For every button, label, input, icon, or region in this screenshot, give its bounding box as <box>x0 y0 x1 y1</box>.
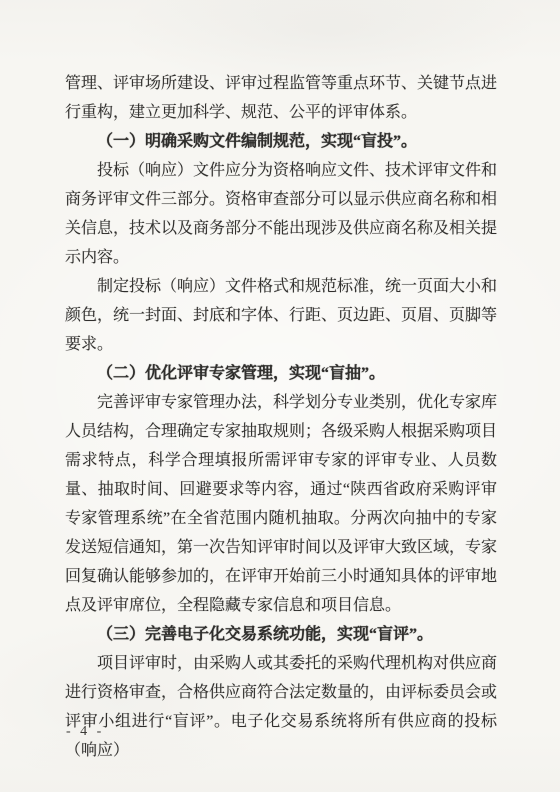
section-heading-1: （一）明确采购文件编制规范，实现“盲投”。 <box>65 127 497 156</box>
body-paragraph-2: 制定投标（响应）文件格式和规范标准，统一页面大小和颜色，统一封面、封底和字体、行… <box>65 272 497 359</box>
document-text-block: 管理、评审场所建设、评审过程监管等重点环节、关键节点进行重构，建立更加科学、规范… <box>65 69 497 765</box>
page-number: - 4 - <box>66 724 104 740</box>
paragraph-continuation: 管理、评审场所建设、评审过程监管等重点环节、关键节点进行重构，建立更加科学、规范… <box>65 69 497 127</box>
body-paragraph-4: 项目评审时，由采购人或其委托的采购代理机构对供应商进行资格审查，合格供应商符合法… <box>65 649 497 765</box>
section-heading-3: （三）完善电子化交易系统功能，实现“盲评”。 <box>65 620 497 649</box>
body-paragraph-1: 投标（响应）文件应分为资格响应文件、技术评审文件和商务评审文件三部分。资格审查部… <box>65 156 497 272</box>
document-page: 管理、评审场所建设、评审过程监管等重点环节、关键节点进行重构，建立更加科学、规范… <box>0 0 560 792</box>
body-paragraph-3: 完善评审专家管理办法，科学划分专业类别，优化专家库人员结构，合理确定专家抽取规则… <box>65 388 497 620</box>
section-heading-2: （二）优化评审专家管理，实现“盲抽”。 <box>65 359 497 388</box>
